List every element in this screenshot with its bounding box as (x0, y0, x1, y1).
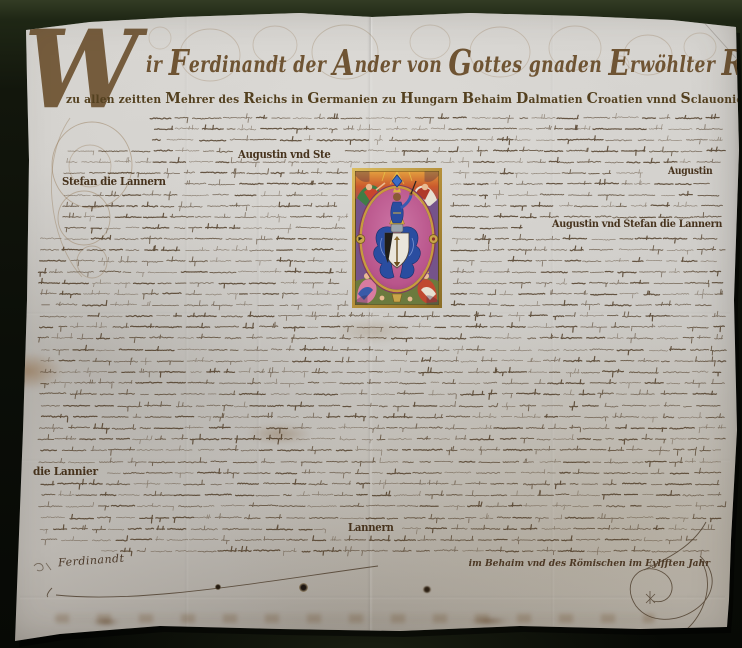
opening-line: ir Ferdinandt der Ander von Gottes gnade… (146, 52, 742, 78)
base-ornament (392, 294, 402, 302)
fold-crease-right (550, 16, 555, 626)
name-fragment: Lannern (348, 521, 394, 534)
helmet (391, 224, 403, 232)
name-fragment: Augustin vnd Ste (238, 148, 331, 161)
signature-flourish (47, 566, 378, 597)
parchment-hole-1 (215, 584, 221, 590)
fold-crease-h2 (20, 458, 730, 463)
stain-left-edge (0, 352, 64, 390)
paraph-star (646, 591, 655, 604)
parchment-hole-2 (299, 583, 308, 592)
name-fragment: die Lannier (33, 464, 98, 478)
second-line: zu allen zeitten Mehrer des Reichs in Ge… (66, 92, 742, 106)
stain-mid (246, 424, 312, 444)
illuminated-miniature (352, 168, 442, 308)
photo-background: Augustin vnd SteStefan die LannernAugust… (0, 0, 742, 648)
fold-crease-midleft (256, 150, 261, 480)
imperial-signature: Ferdinandt (58, 552, 125, 570)
parchment-hole-3 (423, 586, 431, 593)
second-line-text: zu allen zeitten Mehrer des Reichs in Ge… (66, 92, 742, 106)
parchment-sheet: Augustin vnd SteStefan die LannernAugust… (0, 0, 742, 648)
stain-bottom-band (55, 614, 655, 623)
stain-bottom-2 (470, 617, 508, 625)
fold-crease-h3 (20, 595, 725, 600)
name-fragment: Augustin (668, 166, 712, 177)
stain-bottom-1 (92, 618, 120, 626)
opening-line-text: ir Ferdinandt der Ander von Gottes gnade… (146, 52, 742, 78)
name-fragment: Augustin vnd Stefan die Lannern (552, 218, 722, 230)
fold-crease-left (184, 16, 189, 628)
initial-letter-W: W (24, 16, 139, 124)
paraph-tail (687, 560, 707, 629)
closing-date-line: im Behaim vnd des Römischen im Eylfften … (432, 558, 710, 569)
name-fragment: Stefan die Lannern (62, 175, 166, 188)
stain-below-miniature (330, 318, 414, 344)
fold-crease-h1 (20, 311, 730, 316)
